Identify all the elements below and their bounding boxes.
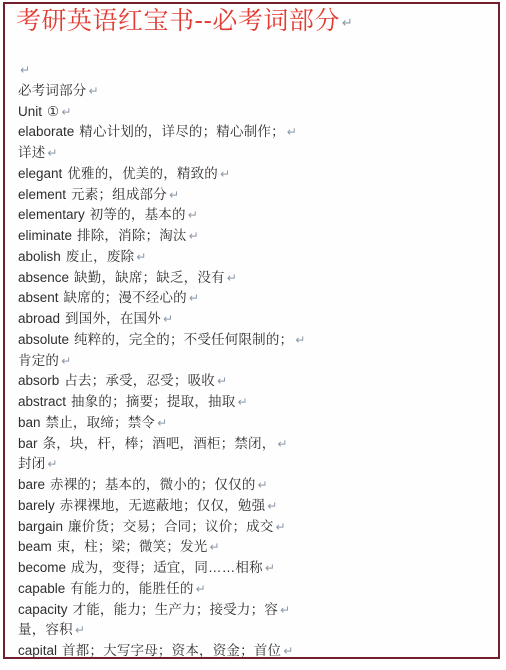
vocab-line: absence缺勤，缺席；缺乏，没有↵: [18, 268, 494, 289]
vocab-line: elementary初等的，基本的↵: [18, 205, 494, 226]
vocab-line: Unit①↵: [18, 102, 494, 123]
english-word: capable: [18, 581, 65, 596]
paragraph-mark-icon: ↵: [189, 229, 199, 243]
paragraph-mark-icon: ↵: [20, 63, 30, 77]
chinese-definition: 才能，能力；生产力；接受力；容: [73, 602, 279, 617]
chinese-definition: 条，块，杆，棒；酒吧，酒柜；禁闭，: [43, 436, 276, 451]
chinese-definition: 到国外，在国外: [65, 311, 161, 326]
vocab-line: eliminate排除，消除；淘汰↵: [18, 226, 494, 247]
chinese-definition: 封闭: [18, 456, 45, 471]
paragraph-mark-icon: ↵: [220, 167, 230, 181]
vocab-line: element元素；组成部分↵: [18, 185, 494, 206]
vocab-lines: ↵必考词部分↵Unit①↵elaborate精心计划的，详尽的；精心制作；↵详述…: [18, 60, 494, 662]
chinese-definition: 赤裸裸地，无遮蔽地；仅仅，勉强: [60, 498, 266, 513]
vocab-line: elaborate精心计划的，详尽的；精心制作；↵: [18, 122, 494, 143]
paragraph-mark-icon: ↵: [237, 395, 247, 409]
english-word: abroad: [18, 311, 60, 326]
english-word: bare: [18, 477, 45, 492]
paragraph-mark-icon: ↵: [196, 582, 206, 596]
chinese-definition: 必考词部分: [18, 83, 87, 98]
english-word: element: [18, 187, 66, 202]
vocab-line: abroad到国外，在国外↵: [18, 309, 494, 330]
english-word: abolish: [18, 249, 61, 264]
chinese-definition: 抽象的；摘要；提取，抽取: [71, 394, 235, 409]
english-word: abstract: [18, 394, 66, 409]
vocab-line: 详述↵: [18, 143, 494, 164]
vocab-line: bare赤裸的；基本的，微小的；仅仅的↵: [18, 475, 494, 496]
paragraph-mark-icon: ↵: [227, 271, 237, 285]
chinese-definition: 初等的，基本的: [90, 207, 186, 222]
paragraph-mark-icon: ↵: [47, 146, 57, 160]
vocab-line: 封闭↵: [18, 454, 494, 475]
english-word: barely: [18, 498, 55, 513]
chinese-definition: 廉价货；交易；合同；议价；成交: [68, 519, 274, 534]
paragraph-mark-icon: ↵: [258, 478, 268, 492]
english-word: capital: [18, 643, 57, 658]
vocab-line: ban禁止，取缔；禁令↵: [18, 413, 494, 434]
document-page: 考研英语红宝书--必考词部分↵ ↵必考词部分↵Unit①↵elaborate精心…: [3, 2, 500, 659]
paragraph-mark-icon: ↵: [163, 312, 173, 326]
paragraph-mark-icon: ↵: [287, 125, 297, 139]
chinese-definition: 排除，消除；淘汰: [77, 228, 187, 243]
vocab-line: elegant优雅的，优美的，精致的↵: [18, 164, 494, 185]
chinese-definition: 废止，废除: [66, 249, 135, 264]
chinese-definition: 肯定的: [18, 353, 59, 368]
vocab-line: capacity才能，能力；生产力；接受力；容↵: [18, 600, 494, 621]
english-word: absorb: [18, 373, 59, 388]
paragraph-mark-icon: ↵: [75, 623, 85, 637]
paragraph-mark-icon: ↵: [189, 291, 199, 305]
paragraph-mark-icon: ↵: [89, 84, 99, 98]
chinese-definition: 缺勤，缺席；缺乏，没有: [74, 270, 225, 285]
english-word: eliminate: [18, 228, 72, 243]
english-word: bargain: [18, 519, 63, 534]
document-title: 考研英语红宝书--必考词部分↵: [16, 5, 353, 40]
chinese-definition: 纯粹的，完全的；不受任何限制的；: [74, 332, 293, 347]
vocab-line: bar条，块，杆，棒；酒吧，酒柜；禁闭，↵: [18, 434, 494, 455]
english-word: elaborate: [18, 124, 74, 139]
paragraph-mark-icon: ↵: [280, 603, 290, 617]
english-word: Unit: [18, 104, 42, 119]
vocab-line: absent缺席的；漫不经心的↵: [18, 288, 494, 309]
english-word: bar: [18, 436, 38, 451]
vocab-line: bargain廉价货；交易；合同；议价；成交↵: [18, 517, 494, 538]
vocab-line: capital首都；大写字母；资本，资金；首位↵: [18, 641, 494, 662]
chinese-definition: 占去；承受，忍受；吸收: [64, 373, 215, 388]
chinese-definition: 首都；大写字母；资本，资金；首位: [62, 643, 281, 658]
paragraph-mark-icon: ↵: [276, 520, 286, 534]
vocab-line: 量，容积↵: [18, 620, 494, 641]
chinese-definition: 禁止，取缔；禁令: [46, 415, 156, 430]
english-word: elegant: [18, 166, 62, 181]
vocab-line: 必考词部分↵: [18, 81, 494, 102]
chinese-definition: 精心计划的，详尽的；精心制作；: [79, 124, 285, 139]
vocab-line: capable有能力的，能胜任的↵: [18, 579, 494, 600]
paragraph-mark-icon: ↵: [295, 333, 305, 347]
english-word: absence: [18, 270, 69, 285]
paragraph-mark-icon: ↵: [277, 437, 287, 451]
chinese-definition: 元素；组成部分: [71, 187, 167, 202]
chinese-definition: 束，柱；梁；微笑；发光: [57, 539, 208, 554]
paragraph-mark-icon: ↵: [157, 416, 167, 430]
vocab-line: 肯定的↵: [18, 351, 494, 372]
vocab-line: abstract抽象的；摘要；提取，抽取↵: [18, 392, 494, 413]
vocab-line: absorb占去；承受，忍受；吸收↵: [18, 371, 494, 392]
chinese-definition: 成为，变得；适宜，同……相称: [71, 560, 263, 575]
vocab-line: abolish废止，废除↵: [18, 247, 494, 268]
paragraph-mark-icon: ↵: [267, 499, 277, 513]
english-word: beam: [18, 539, 52, 554]
english-word: absolute: [18, 332, 69, 347]
chinese-definition: 详述: [18, 145, 45, 160]
chinese-definition: 缺席的；漫不经心的: [64, 290, 187, 305]
paragraph-mark-icon: ↵: [209, 540, 219, 554]
vocab-line: beam束，柱；梁；微笑；发光↵: [18, 537, 494, 558]
title-text: 考研英语红宝书--必考词部分: [16, 6, 340, 35]
chinese-definition: 有能力的，能胜任的: [70, 581, 193, 596]
chinese-definition: 量，容积: [18, 622, 73, 637]
chinese-definition: ①: [47, 104, 59, 119]
english-word: elementary: [18, 207, 85, 222]
english-word: become: [18, 560, 66, 575]
paragraph-mark-icon: ↵: [61, 354, 71, 368]
paragraph-mark-icon: ↵: [342, 16, 353, 31]
english-word: capacity: [18, 602, 68, 617]
paragraph-mark-icon: ↵: [217, 374, 227, 388]
vocab-line: absolute纯粹的，完全的；不受任何限制的；↵: [18, 330, 494, 351]
vocab-line: ↵: [18, 60, 494, 81]
paragraph-mark-icon: ↵: [265, 561, 275, 575]
paragraph-mark-icon: ↵: [47, 457, 57, 471]
chinese-definition: 赤裸的；基本的，微小的；仅仅的: [50, 477, 256, 492]
chinese-definition: 优雅的，优美的，精致的: [67, 166, 218, 181]
english-word: ban: [18, 415, 41, 430]
paragraph-mark-icon: ↵: [188, 208, 198, 222]
vocab-line: barely赤裸裸地，无遮蔽地；仅仅，勉强↵: [18, 496, 494, 517]
paragraph-mark-icon: ↵: [283, 644, 293, 658]
paragraph-mark-icon: ↵: [61, 105, 71, 119]
english-word: absent: [18, 290, 59, 305]
paragraph-mark-icon: ↵: [169, 188, 179, 202]
paragraph-mark-icon: ↵: [136, 250, 146, 264]
vocab-line: become成为，变得；适宜，同……相称↵: [18, 558, 494, 579]
